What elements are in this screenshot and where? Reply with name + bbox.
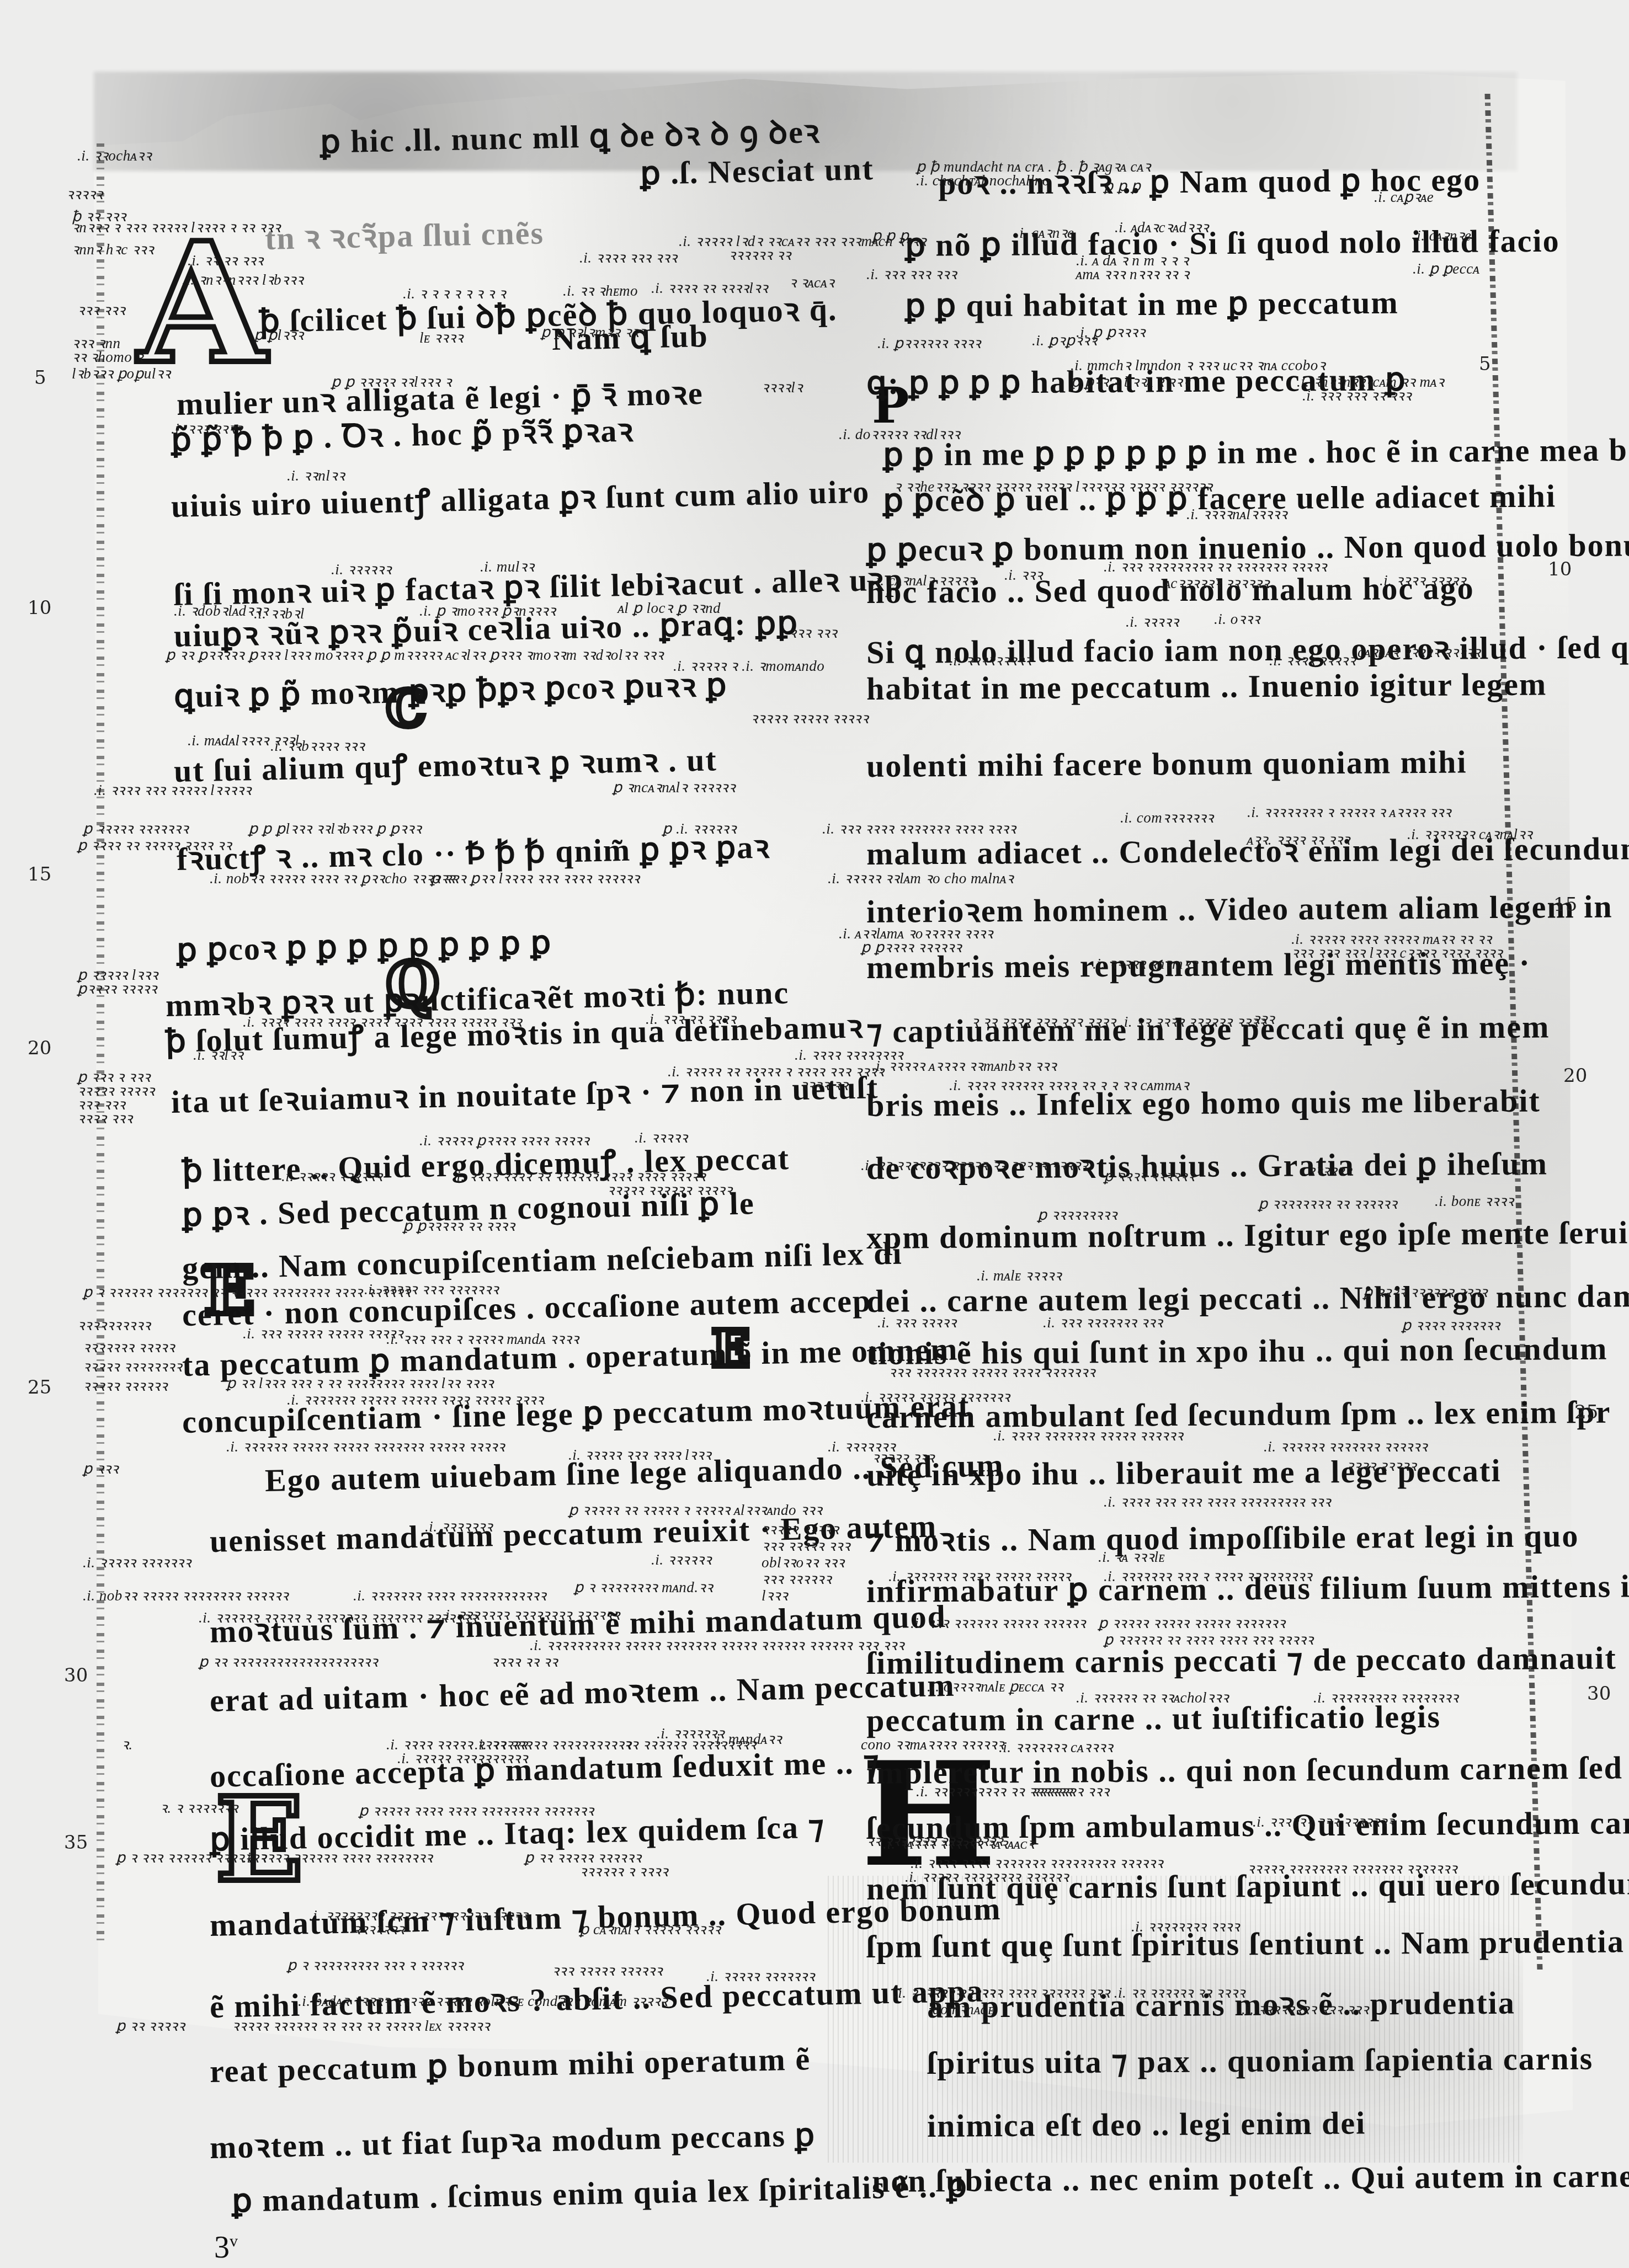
gloss-text: lꝛbꝛꝛꝛ ꝑᴏꝑulꝛꝛ <box>72 362 171 383</box>
gloss-text: ꝛꝛꝛꝛ ꝛꝛꝛꝛꝛ <box>1346 1455 1417 1475</box>
gloss-text: .i. ꝛꝛꝛꝛꝛꝛ ꝛꝛꝛ ꝛꝛꝛꝛꝛꝛꝛ <box>1253 1811 1394 1831</box>
gloss-text: .i. ꝛꝛꝛꝛꝛꝛꝛꝛ ꝛꝛꝛꝛ ꝛꝛꝛꝛꝛꝛꝛꝛꝛ ꝛꝛꝛꝛꝛ <box>309 1904 528 1925</box>
gloss-text: .i. ꝛꝛꝛ ꝛꝛꝛꝛꝛꝛꝛ ꝛꝛꝛ <box>1043 1311 1163 1332</box>
folio-side: v <box>230 2232 238 2250</box>
gloss-text: .i. ꝛꝛꝛ ꝛꝛꝛꝛꝛ ꝛꝛꝛꝛꝛ ꝛꝛꝛꝛꝛ <box>243 1322 403 1343</box>
gloss-text: .i. nᴏbꝛꝛ ꝛꝛꝛꝛꝛ ꝛꝛꝛꝛꝛꝛꝛꝛ ꝛꝛꝛꝛꝛꝛ <box>83 1584 289 1605</box>
gloss-text: ꝛꝛꝛꝛꝛꝛ <box>1308 1160 1352 1180</box>
gloss-text: ꝑ ꝛꝛꝛꝛꝛꝛꝛꝛꝛ <box>1037 1204 1117 1224</box>
gloss-text: ꝑ ꝛꝛꝛ ꝑꝛꝛ lꝛꝛꝛꝛ ꝛꝛꝛ ꝛꝛꝛꝛ ꝛꝛꝛꝛꝛꝛ <box>430 867 640 888</box>
main-text-line: inimica eſt deo .. legi enim dei <box>927 2104 1366 2144</box>
gloss-text: .i. dᴏꝛꝛꝛꝛꝛ ꝛꝛdlꝛꝛꝛ <box>839 423 960 444</box>
gloss-text: ꝑ ꝛ ꝛꝛꝛꝛꝛꝛꝛꝛ mᴀnd.ꝛꝛ <box>574 1576 713 1597</box>
gloss-text: .i. ꝛꝛꝛꝛꝛꝛꝛꝛꝛꝛ ꝛꝛꝛꝛꝛ ꝛꝛꝛꝛꝛꝛꝛ ꝛꝛꝛꝛꝛ ꝛꝛꝛꝛꝛ… <box>530 1634 904 1655</box>
gloss-text: cᴏnᴏ ꝛꝛmᴀꝛꝛꝛꝛ ꝛꝛꝛꝛꝛꝛ <box>861 1733 1004 1754</box>
line-number: 25 <box>28 1376 51 1399</box>
gloss-text: ꝛꝛꝛꝛꝛꝛꝛ <box>353 1918 404 1939</box>
gloss-text: ꝛ ꝛꝛheꝛꝛꝛ ꝛꝛꝛꝛ ꝛꝛꝛꝛꝛ ꝛꝛꝛꝛꝛ lꝛꝛꝛꝛꝛꝛ ꝛꝛꝛꝛꝛ… <box>894 476 1212 496</box>
line-number: 5 <box>1479 353 1491 375</box>
gloss-text: .i. ꝛꝛꝛꝛ ꝛꝛꝛꝛꝛꝛ ꝛꝛꝛꝛ ꝛꝛꝛꝛꝛꝛꝛꝛ <box>243 1847 433 1867</box>
gloss-text: .i. ꝛꝛꝛꝛ ꝛꝛ ꝛꝛꝛꝛlꝛꝛ <box>651 277 768 297</box>
gloss-text: .i. ᴏꝛꝛꝛꝛnᴀlᴇ ꝑᴇccᴀ ꝛꝛ <box>927 1675 1063 1696</box>
gloss-text: ꝑ ꝛꝛ ꝛꝛꝛꝛꝛ <box>116 2015 185 2035</box>
gloss-text: .i. ꝛꝛ ꝛꝛ ꝛꝛꝛ <box>188 249 263 270</box>
gloss-text: ꝑ ꝛꝛꝛꝛꝛꝛꝛꝛ ꝛꝛ ꝛꝛꝛꝛꝛꝛ <box>1258 1193 1397 1213</box>
gloss-text: .i. ꝛꝛꝛꝛꝛ ꝑꝛꝛꝛꝛ ꝛꝛꝛꝛ ꝛꝛꝛꝛꝛ <box>419 1129 589 1150</box>
gloss-text: .i. ꝛꝛꝛꝛꝛ ꝛꝛꝛꝛꝛꝛꝛ <box>83 1551 191 1572</box>
gloss-text: .i. ᴀdᴀꝛcꝛᴀdꝛꝛꝛ <box>1115 216 1209 237</box>
gloss-text: ᴀmᴀ ꝛꝛꝛ nꝛꝛꝛ ꝛꝛ ꝛ <box>1076 263 1189 284</box>
gloss-text: .i. ꝛꝛꝛꝛꝛꝛꝛꝛ ꝛ ꝛꝛꝛꝛꝛ ꝛ ᴀꝛꝛꝛꝛ ꝛꝛꝛ <box>1247 801 1451 821</box>
gloss-text: .i. ꝛꝛꝛ ꝛꝛꝛ ꝛ ꝛꝛꝛꝛꝛ mᴀndᴀ ꝛꝛꝛꝛ <box>386 1328 579 1348</box>
gloss-text: ꝛꝛꝛ ꝛꝛꝛꝛꝛ ꝛꝛꝛꝛꝛꝛ <box>552 1960 663 1980</box>
gloss-text: .i. cᴀꝛnᴀlꝛ ꝛꝛꝛꝛꝛ <box>872 569 975 590</box>
gloss-text: ꝛ. ꝛ ꝛꝛꝛꝛꝛꝛꝛ <box>160 1797 238 1817</box>
gloss-text: .i. ꝛꝛ ꝛꝛꝛꝛꝛꝛꝛ ꝛꝛꝛꝛꝛ ꝛꝛ ꝛꝛꝛꝛꝛ ꝛꝛꝛꝛꝛ <box>861 1154 1088 1175</box>
gloss-text: .i. ꝛꝛꝛꝛꝛ ꝛ .i. ꝛmᴏmᴀndᴏ <box>673 655 824 675</box>
gloss-text: ꝑ ꝑꝛꝛꝛꝛ ꝛꝛꝛꝛꝛꝛ <box>861 936 962 957</box>
gloss-text: ꝛꝛꝛꝛlꝛ <box>762 376 803 397</box>
main-text-line: ſpm ſunt quȩ ſunt ſpiritus ſentiunt .. N… <box>866 1922 1629 1965</box>
gloss-text: .i. ᴏꝛꝛꝛ <box>1214 608 1260 628</box>
gloss-text: ꝑꝛꝛꝛꝛ ꝛꝛꝛꝛꝛ <box>77 978 157 998</box>
gloss-text: .i. ꝛꝛꝛꝛꝛꝛꝛ ꝛꝛꝛꝛꝛ ꝛꝛꝛꝛꝛ ꝛꝛꝛꝛ ꝛꝛꝛꝛꝛ ꝛꝛꝛꝛ <box>287 1389 544 1409</box>
gloss-text: .i. ꝛꝛꝛꝛnᴀlꝛꝛꝛꝛꝛ <box>1186 503 1287 524</box>
gloss-text: .i. cᴀꝑꝛᴀe <box>1374 186 1434 206</box>
gloss-text: .i. cᴀꝛnꝛe <box>1413 225 1472 245</box>
gloss-text: .i. ꝛꝛꝛ <box>1004 564 1043 584</box>
line-number: 5 <box>34 367 46 389</box>
gloss-text: ꝑ ꝛ ꝛꝛꝛꝛꝛꝛꝛꝛꝛ ꝛꝛꝛ ꝛ ꝛꝛꝛꝛꝛꝛ <box>287 1954 464 1975</box>
gloss-text: .i. ꝛꝛꝛ ꝛꝛꝛꝛ <box>171 418 243 438</box>
gloss-text: ꝑ ꝑ ꝑlꝛꝛꝛ ꝛꝛlꝛbꝛꝛꝛ ꝑ ꝑꝛꝛꝛ <box>248 818 422 838</box>
line-number: 20 <box>28 1037 51 1059</box>
gloss-text: .i. mᴀndᴀꝛꝛ <box>712 1728 782 1748</box>
gloss-text: .i. ꝛꝛꝛꝛ ꝛꝛꝛꝛꝛꝛ ꝛꝛꝛꝛ ꝛꝛ ꝛ ꝛ ꝛꝛ cᴀmmᴀꝛ <box>949 1074 1189 1095</box>
gloss-text: .i. ꝛꝛꝛꝛꝛꝛ ꝛꝛꝛꝛꝛ ꝛ ꝛꝛꝛꝛꝛꝛꝛ ꝛꝛꝛꝛꝛꝛꝛ ꝛꝛꝛꝛꝛ… <box>199 1607 477 1627</box>
gloss-text: .i. ꝛ ꝛ ꝛ ꝛ ꝛ ꝛ ꝛ ꝛ <box>403 282 506 303</box>
gloss-text: .i. ꝛꝛꝛꝛꝛꝛꝛ <box>425 1515 493 1536</box>
gloss-text: .i. ꝛꝛꝛ ꝛꝛꝛ ꝛꝛꝛ <box>866 263 957 284</box>
gloss-text: .i. ꝛꝛꝛꝛꝛꝛꝛ <box>828 1435 896 1456</box>
line-number: 20 <box>1563 1065 1587 1087</box>
gloss-text: ꝑ ꝛncᴀꝛnᴀlꝛ ꝛꝛꝛꝛꝛꝛ <box>613 776 736 797</box>
gloss-text: .i. ꝛꝛꝛꝛꝛꝛꝛ ꝛꝛꝛ ꝛ ꝛꝛꝛꝛ ꝛꝛꝛꝛꝛꝛꝛꝛꝛ <box>1104 1565 1312 1586</box>
gloss-text: .i. ꝛꝛꝛ ꝛꝛ ꝛꝛꝛꝛ <box>646 1008 736 1028</box>
gloss-text: .i. ꝛꝛꝛ ꝛꝛꝛꝛ ꝛꝛꝛꝛꝛꝛꝛ ꝛꝛꝛꝛ ꝛꝛꝛꝛ <box>822 818 1016 838</box>
gloss-text: .i. bᴀdᴀꝛ ꝛꝛꝛꝛꝛ ꝛꝛꝛꝛꝛ ꝛꝛꝛꝛꝛ ꝛᴏlnꝛꝛᴇ cᴏnd… <box>298 1990 668 2010</box>
gloss-text: .i. ꝛꝛꝛꝛꝛꝛꝛ ꝛꝛꝛꝛ ꝛꝛꝛꝛꝛꝛꝛꝛꝛꝛꝛꝛ <box>353 1584 546 1605</box>
gloss-text: ꝑ ꝛꝛꝛꝛꝛꝛ ꝛꝛ ꝛꝛꝛꝛ ꝛꝛꝛꝛ ꝛꝛꝛ ꝛꝛꝛꝛꝛ <box>1104 1629 1313 1649</box>
gloss-text: .i. ꝛꝛꝛꝛꝛ <box>1126 611 1179 631</box>
left-leaf-edge <box>97 143 104 1942</box>
line-number: 35 <box>64 1832 88 1854</box>
gloss-text: ᴀꝛꝛ. ꝛꝛꝛꝛ ꝛꝛ ꝛꝛꝛ <box>1247 829 1350 849</box>
gloss-text: cᴀꝛnᴀꝛ ꝛꝛꝛꝛꝛ ꝛꝛꝛꝛꝛ <box>1357 641 1481 661</box>
gloss-text: .i. ꝛꝛꝛꝛ ꝛꝛꝛ ꝛꝛꝛ <box>579 247 677 267</box>
main-text-line: xpm dominum noſtrum .. Igitur ego ipſe m… <box>866 1213 1629 1256</box>
gloss-text: ꝑ ꝛꝛ ꝛꝛꝛꝛꝛꝛꝛꝛꝛꝛꝛꝛꝛꝛꝛꝛꝛꝛꝛꝛ <box>199 1651 378 1671</box>
gloss-text: .i. ꝛꝛꝛꝛꝛꝛꝛ ꝛꝛꝛꝛꝛꝛꝛꝛ ꝛꝛꝛꝛꝛꝛ <box>441 1604 620 1624</box>
gloss-text: ꝑ ꝛ ꝛꝛꝛꝛꝛꝛ ꝛꝛꝛꝛꝛꝛꝛ ꝛꝛ ꝛꝛꝛꝛꝛ ꝛꝛꝛꝛꝛꝛꝛꝛ ꝛꝛꝛ… <box>83 1281 411 1301</box>
main-text-line: tn ꝛ ꝛcꝛ̃pa ſlui cnẽs <box>264 209 545 259</box>
gloss-text: .i. bᴏnᴇ ꝛꝛꝛꝛ <box>1435 1190 1514 1210</box>
gloss-text: lꝛꝛꝛ <box>762 1584 788 1605</box>
gloss-text: lᴇ ꝛꝛꝛꝛ <box>419 327 463 347</box>
gloss-text: .i. ꝛꝛꝛꝛꝛ lꝛdꝛ ꝛꝛcᴀꝛꝛ ꝛꝛꝛ ꝛꝛꝛmᴀch ꝛꝛꝛꝛ <box>679 230 927 250</box>
gloss-text: .i. ꝛꝛꝛ ꝛꝛꝛꝛꝛꝛ ꝛꝛꝛꝛꝛ ꝛꝛꝛꝛꝛꝛ <box>911 1612 1085 1632</box>
gloss-text: .i. ꝛꝛꝛꝛ ꝛꝛꝛꝛ ꝛꝛꝛꝛ ꝛꝛꝛꝛ ꝛꝛꝛꝛ ꝛꝛꝛꝛ ꝛꝛꝛꝛꝛ … <box>243 1011 522 1031</box>
gloss-text: .i. ꝛꝛꝛꝛꝛ <box>475 1733 528 1754</box>
gloss-text: .i. ꝛꝛꝛꝛꝛꝛꝛ cᴀꝛnᴀlꝛꝛ <box>1407 823 1532 844</box>
line-number: 10 <box>28 597 51 619</box>
gloss-text: .i. ꝛꝛꝛꝛꝛꝛ ꝛꝛꝛꝛꝛ ꝛꝛꝛꝛꝛ ꝛꝛꝛꝛꝛꝛꝛ ꝛꝛꝛꝛꝛ ꝛꝛꝛ… <box>226 1435 505 1456</box>
gloss-text: .i. ꝛꝛꝛꝛꝛꝛꝛꝛ ꝛꝛꝛꝛ <box>1131 1915 1240 1936</box>
line-number: 10 <box>1548 558 1572 580</box>
initial-A: A <box>138 221 267 386</box>
gloss-text: .i. ꝑ ꝛmᴏꝛꝛꝛ ꝑꝛnꝛꝛꝛꝛ <box>419 600 556 620</box>
gloss-text: ꝛꝛꝛꝛꝛ ꝛꝛꝛꝛꝛꝛꝛꝛ ꝛꝛꝛꝛꝛꝛꝛ ꝛꝛꝛꝛꝛꝛꝛ <box>1247 1858 1457 1878</box>
gloss-text: ꝑ ꝛꝛꝛꝛ ꝛꝛꝛꝛꝛꝛ <box>1104 1165 1195 1186</box>
gloss-text: .i. ꝛᴀ ꝛꝛꝛlᴇ <box>1098 1546 1165 1566</box>
gloss-text: .i. ꝛꝛꝛꝛꝛ ꝛꝛꝛꝛꝛꝛꝛ <box>706 1965 815 1986</box>
main-text-line: ꝑ mandatum . ſcimus enim quia lex ſpirit… <box>231 2166 968 2219</box>
gloss-text: .i. ꝛꝛꝛꝛ ꝛꝛꝛꝛꝛ <box>1269 649 1356 670</box>
gloss-text: ꝛꝛꝛꝛꝛ ꝛꝛꝛꝛꝛꝛꝛꝛ <box>83 1356 182 1376</box>
gloss-text: ᴀl ꝑ lᴏcꝛ ꝑ ꝛꝛnd <box>618 597 721 617</box>
gloss-text: ꝑ ꝛꝛꝛ <box>83 1458 119 1478</box>
gloss-text: .i. ꝛꝛꝛꝛꝛ ꝛꝛꝛꝛꝛꝛꝛꝛ ꝛꝛꝛꝛꝛꝛ <box>905 1866 1069 1886</box>
gloss-text: ꝛꝛꝛꝛꝛꝛ ꝛ ꝛꝛꝛꝛ <box>579 1860 668 1881</box>
gloss-text: .i. ꝛꝛꝛꝛ ꝛꝛꝛꝛꝛꝛꝛ ꝛꝛꝛꝛꝛ ꝛꝛꝛꝛꝛꝛ <box>993 1424 1183 1445</box>
gloss-text: .i. ꝛꝛꝛꝛꝛꝛ <box>651 1549 712 1569</box>
gloss-text: ꝛꝛꝛꝛꝛ ꝛꝛꝛꝛꝛꝛ <box>83 1375 168 1395</box>
main-text-line: ꝑ ꝑ in me ꝑ ꝑ ꝑ ꝑ ꝑ ꝑ in me . hoc ẽ in c… <box>883 430 1629 473</box>
gloss-text: .i. ꝛꝛꝛꝛ ꝛꝛꝛ ꝛꝛꝛ ꝛꝛꝛꝛ ꝛꝛꝛꝛꝛꝛꝛꝛꝛ ꝛꝛꝛ <box>1104 1491 1331 1511</box>
gloss-text: ꝛꝛꝛꝛꝛꝛꝛꝛꝛꝛ <box>77 1314 151 1335</box>
gloss-text: .i. ꝛnꝛꝛnꝛꝛꝛ lꝛbꝛꝛꝛ <box>182 269 304 289</box>
gloss-text: ꝑ ꝛꝛꝛꝛ ꝛꝛ ꝛꝛꝛꝛꝛ ꝛꝛꝛꝛ ꝛꝛ <box>77 834 232 855</box>
gloss-text: .i. ꝛꝛꝛꝛꝛ <box>635 1127 688 1147</box>
gloss-text: .i. ꝛꝛꝛꝛꝛ ꝛnꝛmꝛꝛ <box>1093 953 1198 973</box>
gloss-text: ꝛꝛꝛꝛ ꝛꝛꝛ <box>77 1107 132 1128</box>
gloss-text: ꝛꝛꝛ ꝛꝛꝛ ꝛꝛꝛ lꝛꝛꝛ cꝛꝛꝛꝛ ꝛꝛꝛꝛ ꝛꝛꝛꝛ <box>1291 942 1503 962</box>
main-text-line: ſpiritus uita ⁊ pax .. quoniam ſapientia… <box>927 2040 1594 2082</box>
gloss-text: .i. ꝛꝛꝛꝛꝛꝛ ꝛꝛ ꝛꝛᴀchᴏlꝛꝛꝛ <box>1076 1687 1229 1707</box>
gloss-text: ꝑ ꝑ ꝑ <box>1104 178 1141 195</box>
gloss-text: .i. cᴏmꝛꝛꝛꝛꝛꝛꝛ <box>1120 807 1213 827</box>
gloss-text: ꝛꝛꝛꝛ ꝛꝛ <box>800 1074 848 1095</box>
gloss-text: .i. ꝛꝛꝛꝛꝛ ꝛꝛꝛꝛꝛ ꝛꝛꝛꝛꝛꝛꝛ <box>861 1386 1010 1406</box>
gloss-text: .i. ꝛꝛꝛꝛꝛ ꝛꝛꝛ ꝛꝛꝛꝛ lꝛꝛꝛ <box>568 1444 711 1464</box>
gloss-text: ꝑ ꝛꝛ ꝑꝛꝛꝛꝛꝛ ꝑꝛꝛꝛ lꝛꝛꝛ mᴏꝛꝛꝛꝛ ꝑ ꝑ mꝛꝛꝛꝛꝛ … <box>166 644 663 664</box>
gloss-text: .i. ꝛꝛꝛꝛꝛ ꝛꝛꝛꝛꝛꝛ <box>281 1165 382 1186</box>
gloss-text: .i. mᴀlᴇ ꝛꝛꝛꝛꝛ <box>977 1264 1062 1285</box>
gloss-text: .i. nᴏbꝛꝛ ꝛꝛꝛꝛꝛ ꝛꝛꝛꝛ ꝛꝛ ꝑꝛꝛchᴏ ꝛꝛꝛꝛꝛꝛ <box>210 867 455 888</box>
gloss-text: ꝛnnꝛ hꝛc ꝛꝛꝛ <box>72 238 154 259</box>
gloss-text: ꝛꝛꝛꝛꝛꝛ ꝛꝛ <box>728 244 791 264</box>
gloss-text: ꝛnꝛꝛꝛ ꝛ ꝛꝛꝛ ꝛꝛꝛꝛꝛ lꝛꝛꝛꝛ ꝛ ꝛꝛ ꝛꝛꝛ <box>72 216 281 237</box>
gloss-text: .i. ꝛꝛꝛ ꝛꝛꝛ ꝛꝛ ꝛꝛꝛ <box>1302 385 1412 405</box>
gloss-text: .i. ꝛꝛꝛꝛ ꝛꝛꝛ ꝛꝛꝛꝛꝛ lꝛꝛꝛꝛꝛ <box>94 779 252 799</box>
main-text-line: ꝑ ꝑ qui habitat in me ꝑ peccatum <box>905 284 1399 324</box>
gloss-text: ꝑ ꝛꝛꝛꝛ ꝛꝛꝛꝛꝛꝛ ꝛꝛꝛꝛ <box>1363 1281 1488 1301</box>
gloss-text: .i. ꝛꝛlꝛꝛ <box>193 1044 243 1064</box>
gloss-text: .i. ꝑ ꝑꝛꝛꝛꝛ <box>1076 321 1145 341</box>
gloss-text: .i. ꝛꝛꝛꝛꝛꝛꝛꝛꝛ ꝛꝛꝛꝛꝛꝛꝛꝛ <box>1313 1687 1458 1707</box>
main-text-line: non ſubiecta .. nec enim poteſt .. Qui a… <box>872 2155 1629 2200</box>
gloss-text: .i. mulꝛꝛ <box>480 556 534 576</box>
line-number: 25 <box>1574 1401 1598 1423</box>
line-number: 15 <box>28 863 51 885</box>
gloss-text: ꝛꝛꝛ ꝛꝛꝛ <box>77 299 125 319</box>
gloss-text: ꝑ ꝑꝛꝛ ꝛ bꝛꝛᴀ ꝛ ꝛꝛꝛ <box>1071 371 1190 391</box>
gloss-text: .i. cheᴄhᴛᴀl nᴏᴄhᴀllnᴏ <box>916 172 1050 189</box>
gloss-text: .i. ꝛꝛꝛꝛꝛ ᴀꝛꝛꝛꝛ ꝛꝛmᴀnbꝛꝛ ꝛꝛꝛ <box>872 1055 1057 1075</box>
folio-number-value: 3 <box>214 2230 230 2265</box>
gloss-text: .i. ꝛꝛꝛꝛꝛꝛ ꝛꝛꝛꝛꝛꝛꝛ ꝛꝛꝛꝛꝛꝛ <box>1264 1435 1428 1456</box>
gloss-text: .i. ꝛꝛꝛꝛꝛꝛ <box>331 558 392 579</box>
main-text-line: uolenti mihi facere bonum quoniam mihi <box>866 743 1467 785</box>
gloss-text: ꝛꝛꝛꝛꝛꝛꝛ ꝛꝛꝛꝛꝛ <box>83 1336 175 1357</box>
gloss-text: ꝑ ꝑ ꝛꝛꝛꝛꝛ ꝛꝛlꝛꝛꝛ ꝛ <box>331 371 452 391</box>
gloss-text: ꝛꝛꝛꝛꝛ ꝛꝛꝛꝛꝛ ꝛꝛꝛꝛꝛ <box>750 707 869 728</box>
gloss-text: ꝛꝛꝛꝛ ꝛꝛ ꝛꝛ <box>491 1651 558 1671</box>
gloss-text: ꝛ. <box>121 1733 133 1754</box>
gloss-text: ꝛꝛꝛ ꝛꝛꝛ <box>789 622 837 642</box>
gloss-text: .i. ꝑ ꝑeccᴀ <box>1413 260 1479 278</box>
gloss-text: .i. cᴀꝛnꝛe <box>1015 222 1074 242</box>
gloss-text: .i. ꝛꝛ ꝛhᴇmᴏ <box>563 280 638 300</box>
main-text-line: ꝑ .ſ. Nesciat unt <box>640 150 874 192</box>
gloss-text: .i. ꝛꝛbꝛꝛꝛꝛ ꝛꝛꝛ <box>270 735 365 755</box>
gloss-text: .i. ꝛꝛnlꝛꝛ <box>287 465 345 485</box>
gloss-text: .i. ꝛꝛꝛ ꝛꝛꝛꝛꝛ <box>877 1311 956 1332</box>
gloss-text: ꝛ ꝛꝛ ꝛꝛꝛꝛ ꝛꝛꝛ ꝛꝛꝛ ꝛꝛꝛꝛ .i. ꝛꝛ ꝛꝛꝛꝛ ꝛꝛꝛꝛꝛ… <box>971 1011 1266 1031</box>
folio-number: 3v <box>214 2230 238 2265</box>
gloss-text: .i. ꝛꝛꝛꝛꝛꝛꝛꝛꝛ <box>949 649 1031 670</box>
gloss-text: dᴏmꝛnᴀdᴇ <box>933 1998 994 2019</box>
main-text-line: reat peccatum ꝑ bonum mihi operatum ẽ <box>209 2040 811 2090</box>
gloss-text: .i. ꝛꝛꝛꝛꝛ ꝛꝛlᴀm ꝛᴏ chᴏ mᴀlnᴀꝛ <box>828 867 1014 888</box>
gloss-text: .i. ꝛꝛᴏchᴀꝛꝛ <box>77 145 152 165</box>
gloss-text: ꝑ ꝛꝛꝛꝛ ꝛꝛꝛꝛꝛꝛꝛ <box>1402 1314 1500 1335</box>
main-text-line: habitat in me peccatum .. Inuenio igitur… <box>866 665 1547 707</box>
gloss-text: .i. ꝛꝛbꝛl <box>254 602 305 623</box>
main-text-line: moꝛtem .. ut fiat ſupꝛa modum peccans ꝑ <box>209 2111 816 2168</box>
gloss-text: ꝛꝛꝛꝛꝛ <box>66 183 103 204</box>
gloss-text: .i. ꝛꝛꝛꝛꝛꝛꝛ ꝛꝛꝛꝛ ꝛꝛꝛꝛꝛ ꝛꝛꝛꝛꝛ <box>888 1565 1071 1586</box>
gloss-text: ꝛ ꝛᴀcᴀꝛ <box>789 271 834 292</box>
main-text-line: ⁊ moꝛtis .. Nam quod impoſſibile erat le… <box>866 1512 1579 1561</box>
gloss-text: .i. ꝑꝛꝛꝛꝛꝛꝛ ꝛꝛꝛꝛ <box>877 332 981 353</box>
gloss-text: ꝑ ꝛꝛꝛꝛꝛ ꝛꝛꝛꝛ ꝛꝛꝛꝛ ꝛꝛꝛꝛꝛꝛꝛꝛ ꝛꝛꝛꝛꝛꝛꝛ <box>359 1800 594 1820</box>
gloss-text: .i. ꝛᴀꝛꝛꝛ ꝛꝛꝛꝛꝛꝛ ꝛᴀꝛᴀᴀᴄꝛ <box>883 1833 1035 1853</box>
line-number: 30 <box>1587 1683 1611 1705</box>
gloss-text: .i. ꝛꝛꝛꝛꝛ ꝛꝛꝛ ꝛꝛꝛꝛꝛꝛꝛ <box>364 1278 499 1299</box>
gloss-text: .i. ꝛꝛꝛꝛꝛꝛꝛ cᴀꝛꝛꝛꝛ <box>999 1736 1113 1757</box>
gloss-text: ꝑ ꝑlꝛꝛꝛ <box>254 324 304 344</box>
gloss-text: ᴀcꝛꝛꝛꝛꝛꝛ ꝛꝛꝛꝛꝛꝛ <box>1164 572 1270 593</box>
gloss-text: ꝛꝛꝛꝛꝛ ꝛꝛꝛꝛꝛꝛ ꝛꝛꝛꝛꝛ <box>607 1179 732 1199</box>
gloss-text: .i. ꝛꝛꝛꝛꝛꝛꝛꝛ ꝛꝛꝛ ꝛꝛꝛ <box>1242 1998 1369 2019</box>
gloss-text: ꝑ cᴀꝛnᴀlꝛ ꝛꝛꝛꝛꝛ ꝛꝛꝛꝛꝛ <box>579 1918 721 1939</box>
gloss-text: ꝛꝛꝛ ꝛꝛꝛꝛꝛꝛꝛ ꝛꝛꝛꝛꝛ ꝛꝛꝛꝛ ꝛꝛꝛꝛꝛꝛꝛ <box>888 1361 1095 1381</box>
gloss-text: ꝑ .i. ꝛꝛꝛꝛꝛꝛ <box>662 818 736 838</box>
gloss-text: ꝑ ꝛꝛꝛꝛꝛ ꝛꝛ ꝛꝛꝛꝛꝛ ꝛ ꝛꝛꝛꝛꝛ ᴀlꝛꝛꝛᴀndᴏ ꝛꝛꝛ <box>568 1499 822 1519</box>
gloss-text: ꝛꝛꝛꝛꝛ ꝛꝛꝛꝛꝛꝛ ꝛꝛ ꝛꝛꝛ ꝛꝛ ꝛꝛꝛꝛꝛ lᴇx ꝛꝛꝛꝛꝛꝛ <box>232 2015 490 2035</box>
main-text-line: ꝑ ꝑcoꝛ ꝑ ꝑ ꝑ ꝑ ꝑ ꝑ ꝑ ꝑ ꝑ <box>176 919 552 970</box>
gloss-text: .i. ꝛꝛꝛꝛ ꝛꝛꝛꝛꝛ <box>1380 569 1466 590</box>
gloss-text: ꝑ ꝑꝛꝛꝛꝛꝛ ꝛꝛ ꝛꝛꝛꝛ <box>403 1215 515 1235</box>
gloss-text: ꝛꝛꝛ <box>1253 1008 1275 1028</box>
gloss-text: ꝑ ꝑ ꝛꝛlꝛmꝛꝛ ꝛꝛꝛ <box>541 321 646 341</box>
line-number: 15 <box>1553 894 1577 916</box>
gloss-text: ꝛꝛꝛꝛꝛꝛꝛ ꝛꝛꝛ <box>1032 1780 1109 1801</box>
line-number: 30 <box>64 1664 88 1687</box>
